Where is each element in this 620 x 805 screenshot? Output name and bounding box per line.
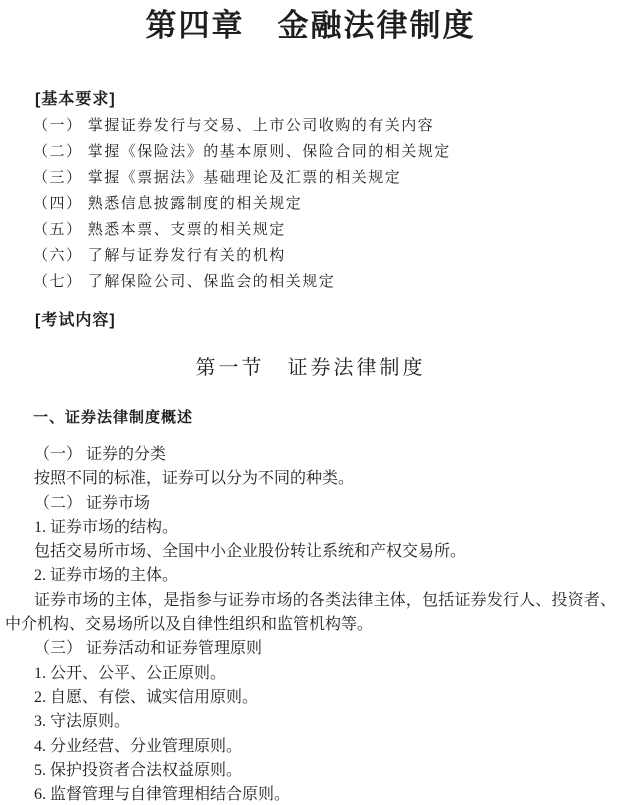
body-paragraph: （三） 证券活动和证券管理原则	[5, 637, 616, 661]
requirement-item: （七） 了解保险公司、保监会的相关规定	[33, 269, 616, 295]
section-title: 第一节 证券法律制度	[5, 353, 616, 383]
basic-requirements-heading: [基本要求]	[5, 90, 616, 110]
body-paragraph: （一） 证券的分类	[5, 443, 616, 467]
body-paragraph: 1. 公开、公平、公正原则。	[5, 662, 616, 686]
requirement-item: （一） 掌握证券发行与交易、上市公司收购的有关内容	[33, 113, 616, 139]
body-paragraph: 3. 守法原则。	[5, 710, 616, 734]
requirement-item: （四） 熟悉信息披露制度的相关规定	[33, 191, 616, 217]
exam-content-heading: [考试内容]	[5, 311, 616, 331]
requirement-item: （六） 了解与证券发行有关的机构	[33, 243, 616, 269]
basic-requirements-list: （一） 掌握证券发行与交易、上市公司收购的有关内容 （二） 掌握《保险法》的基本…	[5, 113, 616, 295]
body-paragraph: 包括交易所市场、全国中小企业股份转让系统和产权交易所。	[5, 540, 616, 564]
requirement-item: （五） 熟悉本票、支票的相关规定	[33, 217, 616, 243]
requirement-item: （三） 掌握《票据法》基础理论及汇票的相关规定	[33, 165, 616, 191]
document-page: 第四章 金融法律制度 [基本要求] （一） 掌握证券发行与交易、上市公司收购的有…	[0, 0, 620, 805]
subsection-heading: 一、证券法律制度概述	[5, 408, 616, 428]
body-paragraph: 1. 证券市场的结构。	[5, 516, 616, 540]
requirement-item: （二） 掌握《保险法》的基本原则、保险合同的相关规定	[33, 139, 616, 165]
body-paragraph: 按照不同的标准，证券可以分为不同的种类。	[5, 467, 616, 491]
body-paragraph: 2. 证券市场的主体。	[5, 564, 616, 588]
chapter-title: 第四章 金融法律制度	[5, 6, 616, 46]
exam-content-body: （一） 证券的分类 按照不同的标准，证券可以分为不同的种类。 （二） 证券市场 …	[5, 443, 616, 805]
body-paragraph: 4. 分业经营、分业管理原则。	[5, 735, 616, 759]
body-paragraph: 证券市场的主体，是指参与证券市场的各类法律主体，包括证券发行人、投资者、中介机构…	[5, 589, 616, 638]
body-paragraph: 2. 自愿、有偿、诚实信用原则。	[5, 686, 616, 710]
body-paragraph: （二） 证券市场	[5, 492, 616, 516]
body-paragraph: 5. 保护投资者合法权益原则。	[5, 759, 616, 783]
body-paragraph: 6. 监督管理与自律管理相结合原则。	[5, 783, 616, 805]
